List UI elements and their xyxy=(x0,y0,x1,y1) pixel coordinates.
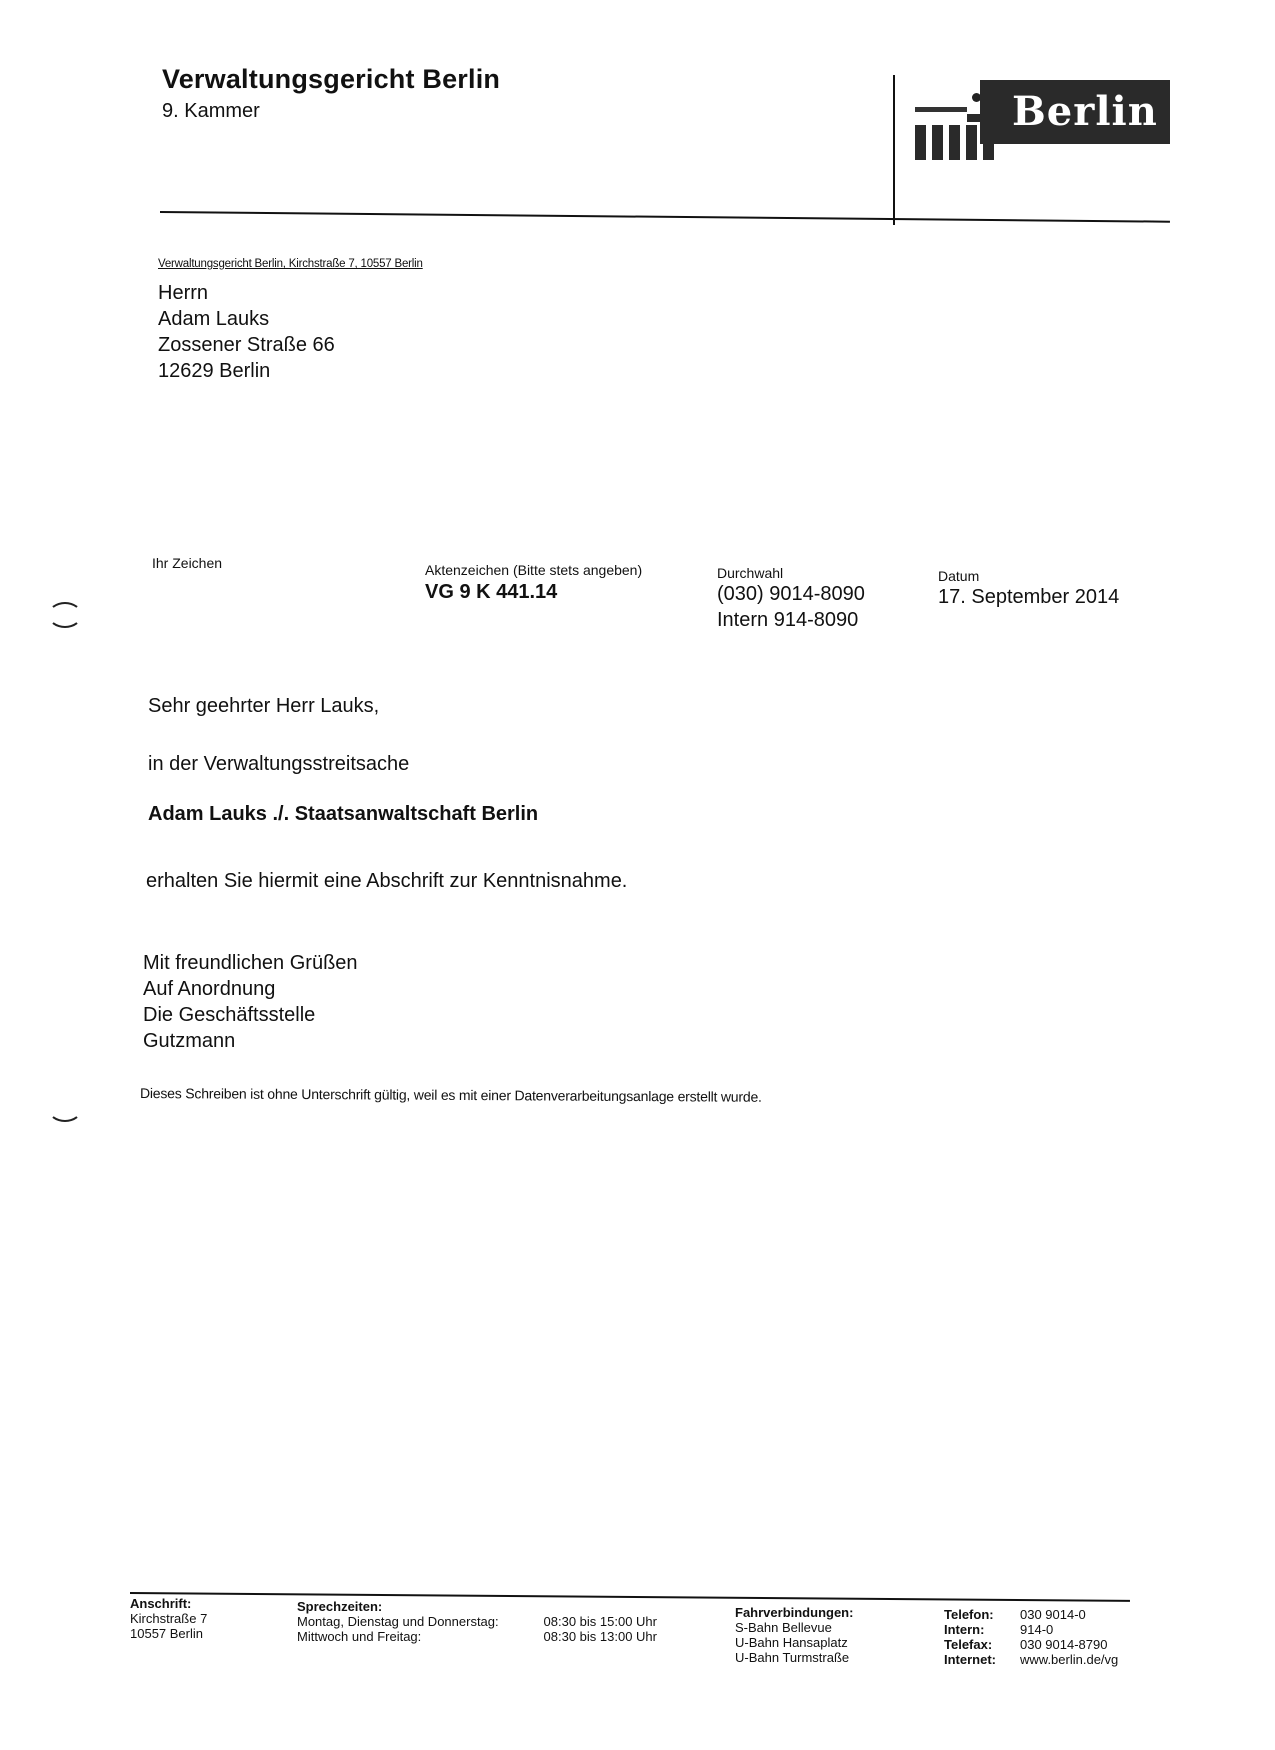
closing-line: Mit freundlichen Grüßen xyxy=(143,950,358,976)
office-hours-row: Mittwoch und Freitag: 08:30 bis 13:00 Uh… xyxy=(297,1629,657,1644)
office-hours-days: Mittwoch und Freitag: xyxy=(297,1629,527,1644)
office-hours-row: Montag, Dienstag und Donnerstag: 08:30 b… xyxy=(297,1614,657,1629)
closing-line: Auf Anordnung xyxy=(143,976,358,1002)
transport-label: Fahrverbindungen: xyxy=(735,1605,853,1620)
contact-label: Intern: xyxy=(944,1622,1020,1637)
return-address: Verwaltungsgericht Berlin, Kirchstraße 7… xyxy=(158,258,423,270)
file-number-value: VG 9 K 441.14 xyxy=(425,579,642,605)
office-hours-time: 08:30 bis 15:00 Uhr xyxy=(527,1614,657,1629)
footer-address-line: Kirchstraße 7 xyxy=(130,1611,207,1626)
greeting: Sehr geehrter Herr Lauks, xyxy=(148,695,379,718)
closing-line: Die Geschäftsstelle xyxy=(143,1002,358,1028)
date-block: Datum 17. September 2014 xyxy=(938,568,1119,610)
punch-hole-mark xyxy=(48,602,82,628)
chamber: 9. Kammer xyxy=(162,100,260,123)
date-value: 17. September 2014 xyxy=(938,584,1119,610)
closing-block: Mit freundlichen Grüßen Auf Anordnung Di… xyxy=(143,950,358,1054)
contact-label: Telefax: xyxy=(944,1637,1020,1652)
header-vertical-divider xyxy=(893,75,895,225)
office-hours-days: Montag, Dienstag und Donnerstag: xyxy=(297,1614,527,1629)
direct-dial-phone: (030) 9014-8090 xyxy=(717,581,865,607)
transport-line: U-Bahn Hansaplatz xyxy=(735,1635,853,1650)
contact-row: Intern: 914-0 xyxy=(944,1622,1118,1637)
recipient-street: Zossener Straße 66 xyxy=(158,332,335,358)
berlin-logo: Berlin xyxy=(912,80,1172,172)
contact-value: 914-0 xyxy=(1020,1622,1053,1637)
contact-row: Telefax: 030 9014-8790 xyxy=(944,1637,1118,1652)
contact-row: Telefon: 030 9014-0 xyxy=(944,1607,1118,1622)
transport-line: S-Bahn Bellevue xyxy=(735,1620,853,1635)
signatory-name: Gutzmann xyxy=(143,1028,358,1054)
recipient-address: Herrn Adam Lauks Zossener Straße 66 1262… xyxy=(158,280,335,384)
contact-row: Internet: www.berlin.de/vg xyxy=(944,1652,1118,1667)
case-parties: Adam Lauks ./. Staatsanwaltschaft Berlin xyxy=(148,803,538,826)
footer-contact: Telefon: 030 9014-0 Intern: 914-0 Telefa… xyxy=(944,1607,1118,1667)
contact-label: Telefon: xyxy=(944,1607,1020,1622)
case-intro: in der Verwaltungsstreitsache xyxy=(148,753,409,776)
transport-line: U-Bahn Turmstraße xyxy=(735,1650,853,1665)
footer-office-hours: Sprechzeiten: Montag, Dienstag und Donne… xyxy=(297,1599,657,1644)
recipient-name: Adam Lauks xyxy=(158,306,335,332)
footer-address: Anschrift: Kirchstraße 7 10557 Berlin xyxy=(130,1596,207,1641)
logo-text: Berlin xyxy=(1012,88,1158,135)
contact-label: Internet: xyxy=(944,1652,1020,1667)
recipient-city: 12629 Berlin xyxy=(158,358,335,384)
recipient-salutation: Herrn xyxy=(158,280,335,306)
footer-transport: Fahrverbindungen: S-Bahn Bellevue U-Bahn… xyxy=(735,1605,853,1665)
letter-body: erhalten Sie hiermit eine Abschrift zur … xyxy=(146,870,627,893)
court-name: Verwaltungsgericht Berlin xyxy=(162,64,500,95)
contact-value: 030 9014-0 xyxy=(1020,1607,1086,1622)
direct-dial-label: Durchwahl xyxy=(717,565,865,581)
file-number-label: Aktenzeichen (Bitte stets angeben) xyxy=(425,562,642,578)
contact-value: 030 9014-8790 xyxy=(1020,1637,1107,1652)
office-hours-label: Sprechzeiten: xyxy=(297,1599,382,1614)
direct-dial-internal: Intern 914-8090 xyxy=(717,607,865,633)
direct-dial-block: Durchwahl (030) 9014-8090 Intern 914-809… xyxy=(717,565,865,633)
date-label: Datum xyxy=(938,568,1119,584)
file-number-block: Aktenzeichen (Bitte stets angeben) VG 9 … xyxy=(425,562,642,605)
footer-address-label: Anschrift: xyxy=(130,1596,191,1611)
header-divider xyxy=(160,211,1170,223)
signature-notice: Dieses Schreiben ist ohne Unterschrift g… xyxy=(140,1085,762,1105)
your-reference-label: Ihr Zeichen xyxy=(152,555,222,571)
footer-address-line: 10557 Berlin xyxy=(130,1626,207,1641)
office-hours-time: 08:30 bis 13:00 Uhr xyxy=(527,1629,657,1644)
website-link[interactable]: www.berlin.de/vg xyxy=(1020,1652,1118,1667)
punch-hole-mark xyxy=(48,1096,82,1122)
